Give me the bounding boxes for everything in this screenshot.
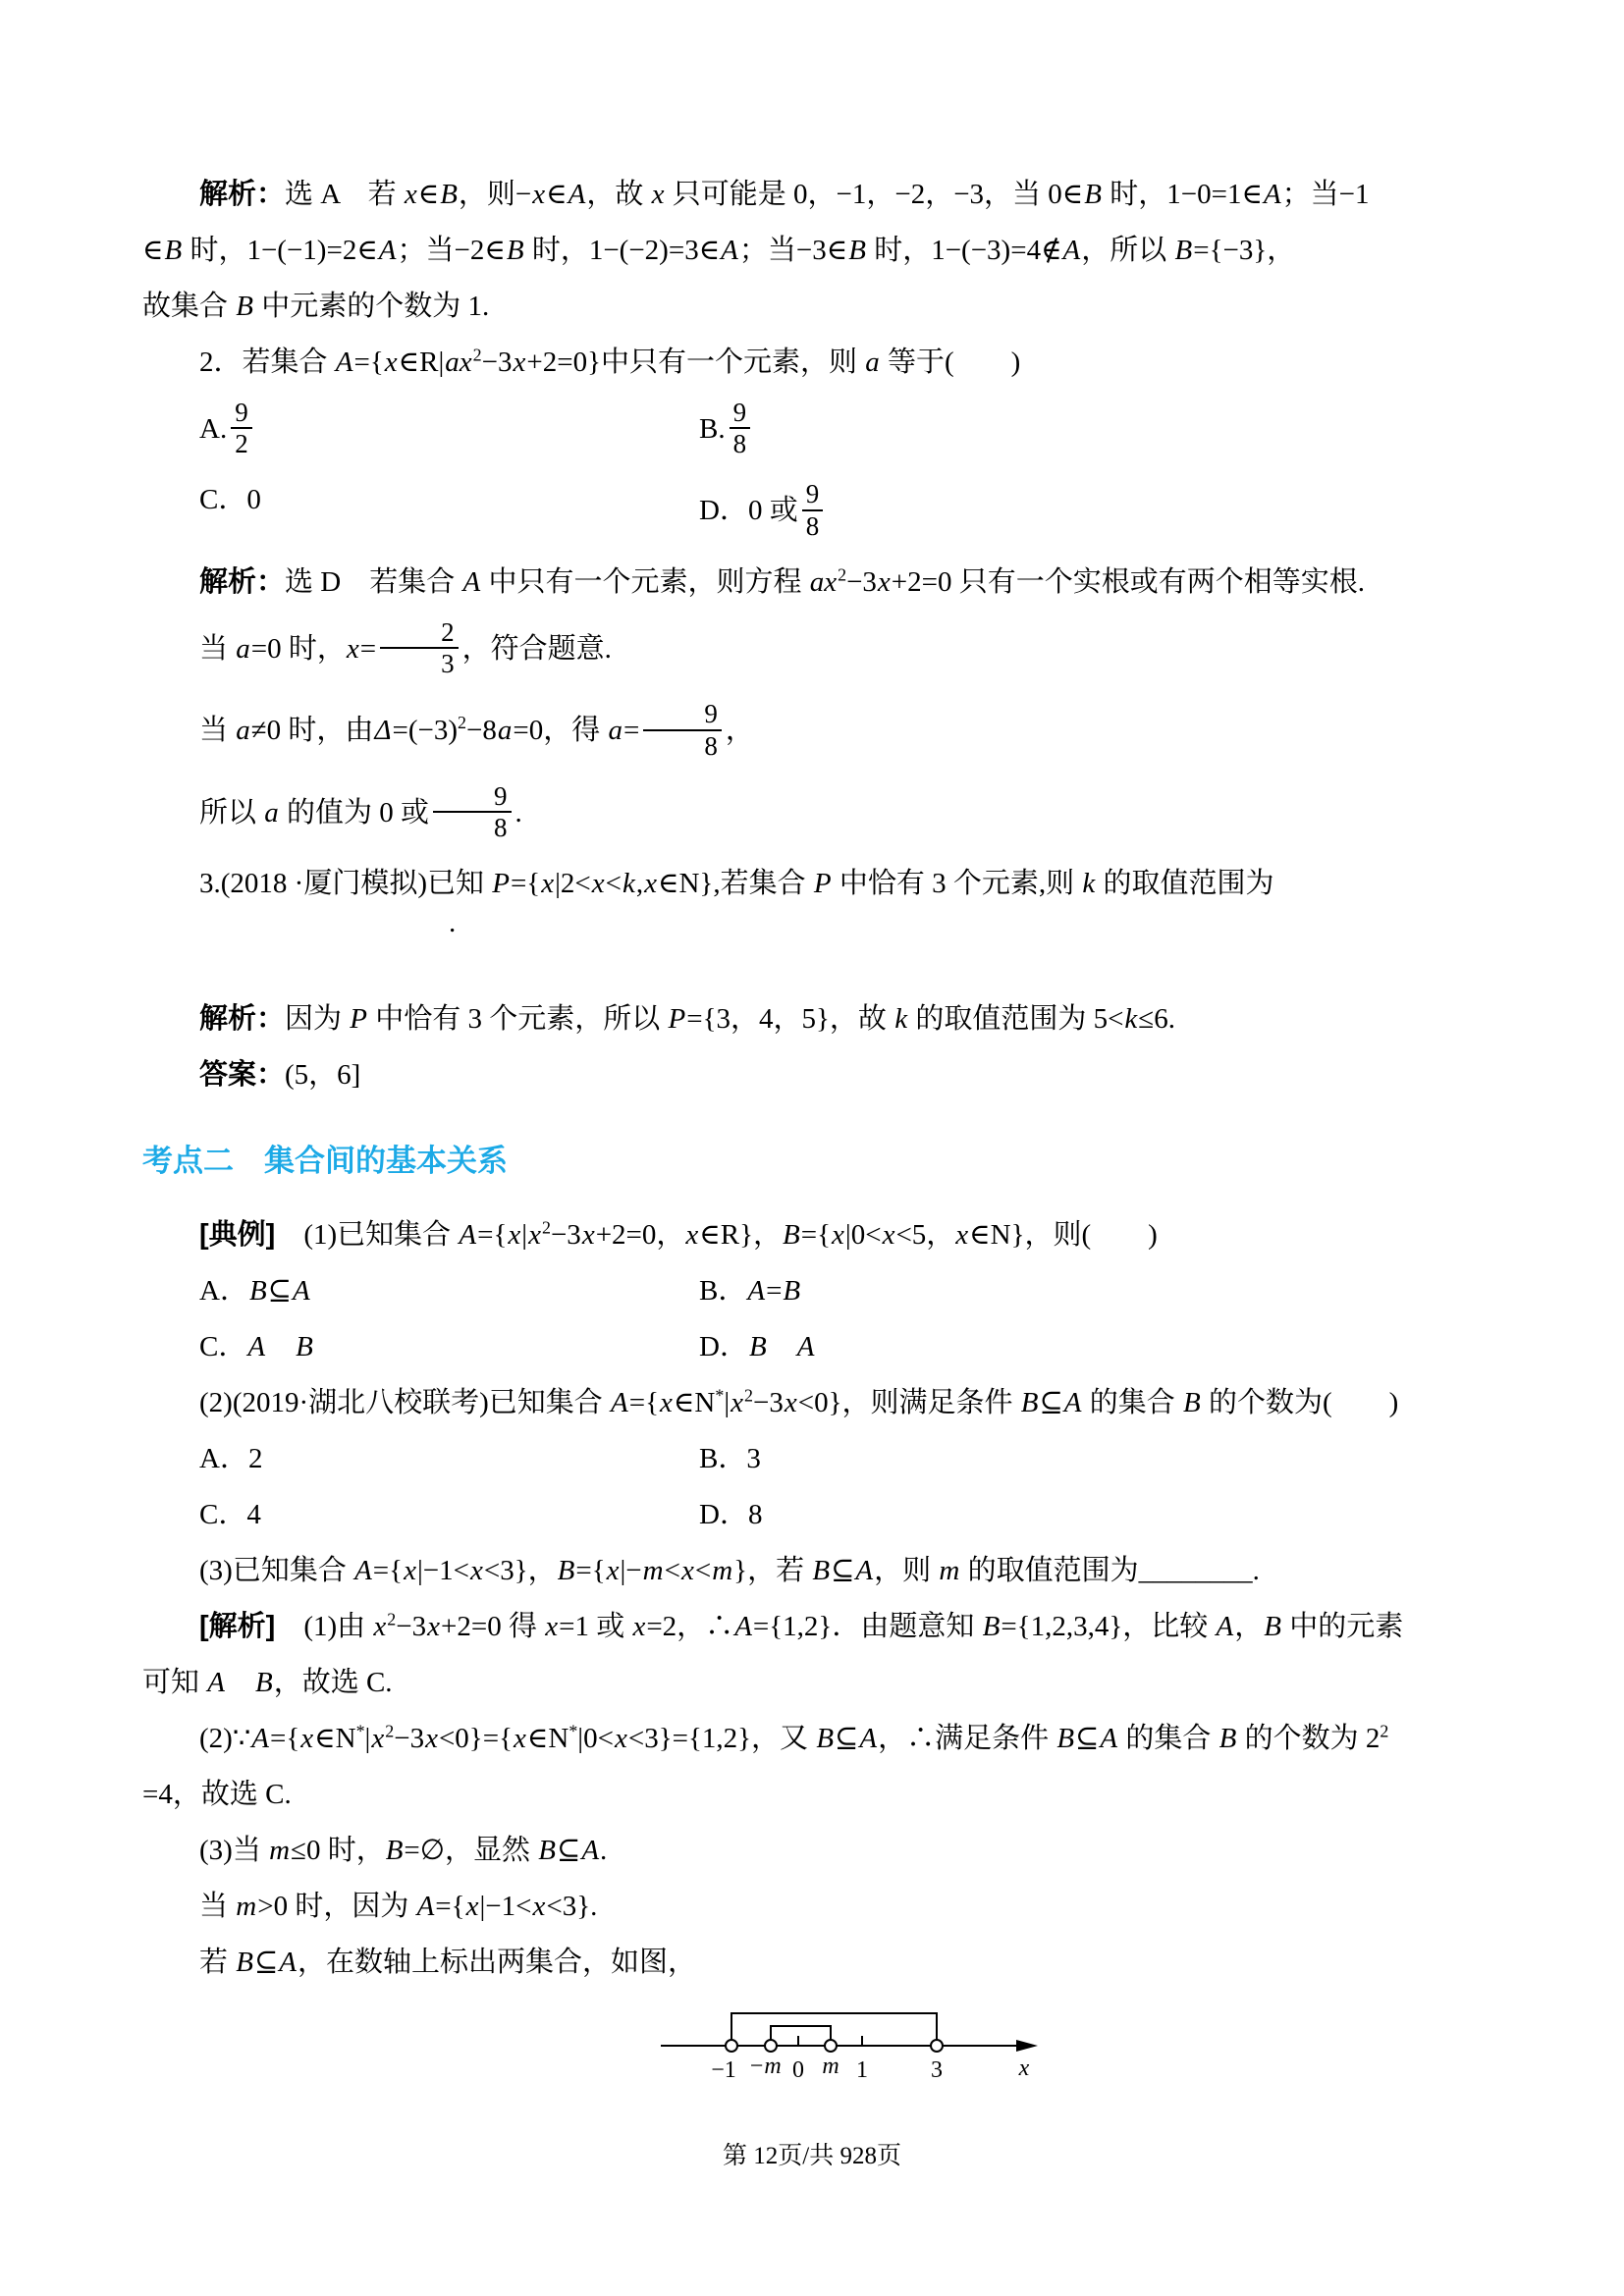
solution2-line4: 所以 a 的值为 0 或98.	[142, 782, 1482, 847]
example-analysis-label: [解析]	[199, 1611, 275, 1642]
open-point-3	[931, 2040, 943, 2052]
example-q2-option-c: C．4	[199, 1495, 699, 1534]
answer3-text: (5，6]	[285, 1059, 360, 1091]
example-q1-option-c: C．A B	[199, 1327, 699, 1366]
axis-label-three: 3	[931, 2057, 943, 2083]
question2-stem: 2．若集合 A={x∈R|ax2−3x+2=0}中只有一个元素，则 a 等于( …	[142, 343, 1482, 382]
axis-label-neg1: −1	[711, 2057, 736, 2083]
analysis-label: 解析：	[199, 1003, 285, 1035]
number-line-figure: −1 −m 0 m 1 3 x	[661, 1999, 1482, 2097]
analysis-label: 解析：	[199, 566, 285, 598]
solution3-line: 解析：因为 P 中恰有 3 个元素，所以 P={3，4，5}，故 k 的取值范围…	[142, 999, 1482, 1039]
page-footer: 第 12页/共 928页	[142, 2136, 1482, 2171]
open-point-negm	[765, 2040, 777, 2052]
outer-interval-bracket	[731, 2013, 937, 2040]
open-point-neg1	[726, 2040, 737, 2052]
axis-arrow	[1016, 2040, 1038, 2052]
example-q2-option-a: A．2	[199, 1439, 699, 1478]
example-q1-option-d: D．B A	[699, 1327, 1482, 1366]
example-q1-options-row2: C．A B D．B A	[142, 1327, 1482, 1366]
example-solution-line7: 若 B⊆A，在数轴上标出两集合，如图，	[142, 1943, 1482, 1982]
example-q2-options-row1: A．2 B．3	[142, 1439, 1482, 1478]
example-label: [典例]	[199, 1219, 275, 1251]
example-q1-option-a: A．B⊆A	[199, 1271, 699, 1310]
solution2-line1: 解析：选 D 若集合 A 中只有一个元素，则方程 ax2−3x+2=0 只有一个…	[142, 562, 1482, 602]
example-q3-stem: (3)已知集合 A={x|−1<x<3}，B={x|−m<x<m}，若 B⊆A，…	[142, 1551, 1482, 1590]
answer-label: 答案：	[199, 1059, 285, 1091]
solution1-line1-text: 选 A 若 x∈B，则−x∈A，故 x 只可能是 0，−1，−2，−3，当 0∈…	[285, 179, 1370, 210]
section-heading: 考点二 集合间的基本关系	[142, 1136, 1482, 1180]
answer3-line: 答案：(5，6]	[142, 1055, 1482, 1095]
example-solution-line2: 可知 A B，故选 C.	[142, 1663, 1482, 1702]
axis-label-x: x	[1018, 2056, 1030, 2081]
analysis-label: 解析：	[199, 179, 285, 210]
example-q1-stem: [典例] (1)已知集合 A={x|x2−3x+2=0，x∈R}，B={x|0<…	[142, 1215, 1482, 1255]
example-q2-stem: (2)(2019·湖北八校联考)已知集合 A={x∈N*|x2−3x<0}，则满…	[142, 1383, 1482, 1422]
question2-options-row1: A.92 B.98	[142, 399, 1482, 463]
solution1-line3: 故集合 B 中元素的个数为 1.	[142, 287, 1482, 326]
question2-option-d: D．0 或98	[699, 480, 1482, 545]
example-q2-option-d: D．8	[699, 1495, 1482, 1534]
document-page: 解析：选 A 若 x∈B，则−x∈A，故 x 只可能是 0，−1，−2，−3，当…	[0, 0, 1624, 2296]
example-solution-line3: (2)∵A={x∈N*|x2−3x<0}={x∈N*|0<x<3}={1,2}，…	[142, 1719, 1482, 1758]
example-solution-line5: (3)当 m≤0 时，B=∅，显然 B⊆A.	[142, 1831, 1482, 1870]
solution1-line2: ∈B 时，1−(−1)=2∈A；当−2∈B 时，1−(−2)=3∈A；当−3∈B…	[142, 231, 1482, 270]
axis-label-one: 1	[856, 2057, 868, 2083]
axis-label-negm: −m	[748, 2054, 782, 2079]
solution2-line2: 当 a=0 时，x=23，符合题意.	[142, 618, 1482, 683]
number-line-diagram: −1 −m 0 m 1 3 x	[661, 1999, 1054, 2089]
example-solution-line1-text: (1)由 x2−3x+2=0 得 x=1 或 x=2，∴A={1,2}．由题意知…	[275, 1611, 1403, 1642]
example-solution-line6: 当 m>0 时，因为 A={x|−1<x<3}.	[142, 1887, 1482, 1926]
solution3-text: 因为 P 中恰有 3 个元素，所以 P={3，4，5}，故 k 的取值范围为 5…	[285, 1003, 1175, 1035]
example-solution-line4: =4，故选 C.	[142, 1775, 1482, 1814]
question2-option-a: A.92	[199, 399, 699, 463]
question2-options-row2: C．0 D．0 或98	[142, 480, 1482, 545]
solution2-line3: 当 a≠0 时，由Δ=(−3)2−8a=0，得 a=98，	[142, 700, 1482, 765]
example-q1-option-b: B．A=B	[699, 1271, 1482, 1310]
question2-option-b: B.98	[699, 399, 1482, 463]
example-q2-option-b: B．3	[699, 1439, 1482, 1478]
example-q1-options-row1: A．B⊆A B．A=B	[142, 1271, 1482, 1310]
axis-label-m: m	[822, 2054, 839, 2079]
example-q2-options-row2: C．4 D．8	[142, 1495, 1482, 1534]
example-q1-text: (1)已知集合 A={x|x2−3x+2=0，x∈R}，B={x|0<x<5，x…	[275, 1219, 1158, 1251]
open-point-m	[825, 2040, 837, 2052]
example-solution-line1: [解析] (1)由 x2−3x+2=0 得 x=1 或 x=2，∴A={1,2}…	[142, 1607, 1482, 1646]
solution1-line1: 解析：选 A 若 x∈B，则−x∈A，故 x 只可能是 0，−1，−2，−3，当…	[142, 175, 1482, 214]
question3-stem: 3.(2018 ·厦门模拟)已知 P={x|2<x<k,x∈N},若集合 P 中…	[142, 864, 1482, 942]
solution2-line1-text: 选 D 若集合 A 中只有一个元素，则方程 ax2−3x+2=0 只有一个实根或…	[285, 566, 1365, 598]
inner-interval-bracket	[771, 2026, 831, 2040]
axis-label-zero: 0	[792, 2057, 804, 2083]
question2-option-c: C．0	[199, 480, 699, 519]
